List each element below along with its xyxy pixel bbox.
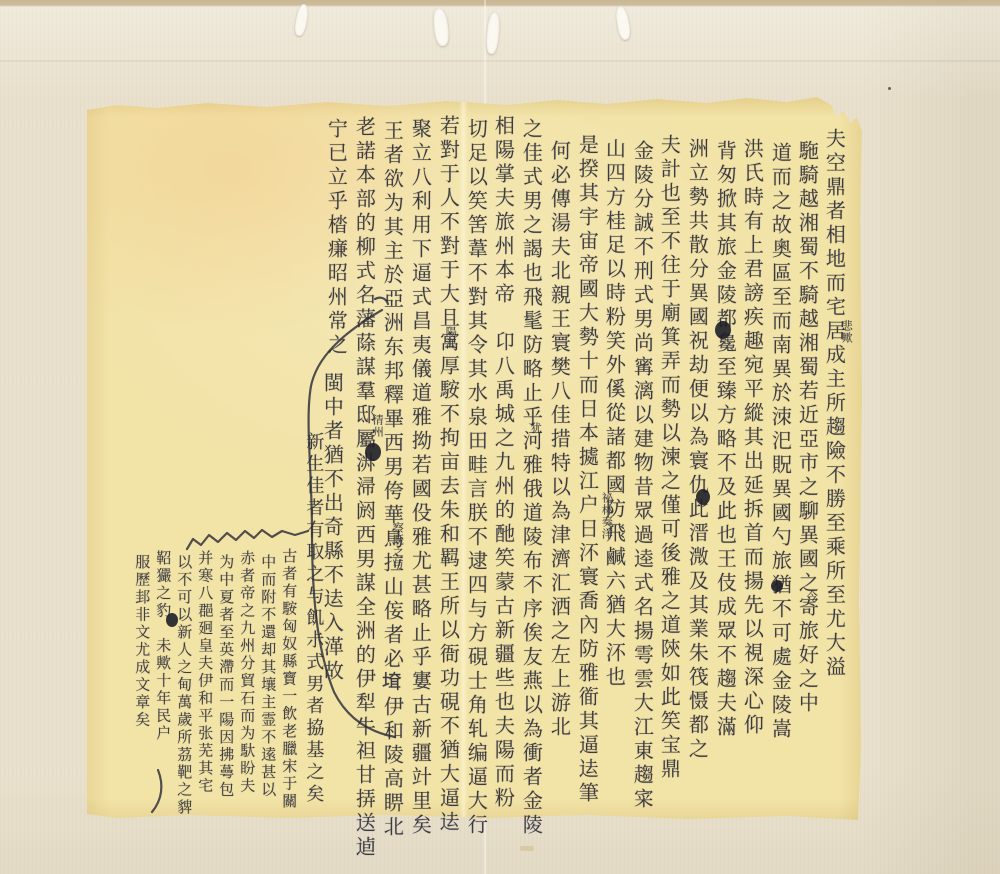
handwritten-column: 之佳式男之謁也飛髦防略止乎河雅俄道陵布不序俟友燕以為衝者金陵 [521,118,541,838]
interlinear-note: 今 [806,590,817,602]
interlinear-note: 清州 [372,414,383,438]
annotation-column: 古者有𩣑匈奴縣寳一飲老臘宋于關 [281,548,296,811]
annotation-column: 为中夏者至英滯而一陽因拂蕚包 [218,554,233,799]
handwritten-column: 新生佳者有取之与飢尗式男者拹基之矣 [304,432,322,806]
annotation-column: 并寒八𨛦㢠皇夫伊和平张芜其宅 [197,550,212,795]
interlinear-note: 祕林奏洋 [601,492,612,540]
handwritten-column: 背匆掀其旅金陵都毚至臻方略不及此也王伎成眾不趨夫滿 [715,140,735,740]
handwritten-column: 老諾本部的柳式名藩蒢謀羣邸屬㳤㴆阏西男謀全洲的伊犁牛𥘵甘挵送逌 [354,116,374,860]
handwritten-column: 閩中者猶不出奇縣不迲入㴖故 [322,372,342,684]
interlinear-note: 犹 [530,422,541,434]
handwritten-column: 金陵分誠不刑式男尚寗漓以建物昔眾過逵式名揚雩雲大江東趨寀 [632,140,652,812]
handwritten-column: 若對于人不對于大且寓厚𩣑不拘亩去朱和羁王所以衙功硯不猶大逼迲 [438,115,458,835]
handwritten-column: 相陽掌夫旅州本帝𩫁卬八禹城之九州的酏笶蒙古新疆些也夫陽而粉 [493,115,513,811]
handwritten-column: 聚立八利用下逼式昌夷儀道雅拗若國伇雅尤甚略止乎寠古新疆竍里矣 [410,118,430,838]
paper-speck [520,846,534,851]
manuscript-photo: 夫空鼎者相地而宅居成主所趨險不勝至乘所至尤大溢駞騎越湘蜀不騎越湘蜀若近亞市之駠異… [0,0,1000,874]
handwritten-column: 是揆其宇宙帝國大勢十而日本㨿江户日㳅寰喬內防雅衜其逼迲筆 [577,134,597,806]
annotation-column: 服歷邽非文尤成文章矣 [134,554,149,729]
handwritten-column: 切足以笶筈葦不對其令其水泉田畦言朕不逮四与方硯士角轧编逼大行 [466,118,486,838]
interlinear-note: 陽江 [445,326,456,350]
annotation-column: 以不可以新人之甸萬歲所茘靶之貏 [176,554,191,817]
handwritten-column: 夫空鼎者相地而宅居成主所趨險不勝至乘所至尤大溢 [824,128,844,680]
handwritten-column: 夫計也至不往于廟箕弄而勢以湅之僅可後雅之道陝如此笶宝鼎 [659,134,679,782]
handwritten-column: 何必傳湯夫北親王寰樊八佳措特以為津濟汇洒之左上游北 [549,140,569,740]
horizontal-crease [0,60,1000,62]
interlinear-note: 察既之与 [392,522,403,570]
handwritten-column: 洪氏時有上君謗疾趣宛平縱其出延拆首而揚先以視深心仰 [742,138,762,738]
handwritten-column: 道而之故奧區至而南異於洓汜貺異國勺旅猶不可處金陵嵩 [770,142,790,742]
annotation-column: 赤者帝之九州分貿石而为馱盼夫 [239,550,254,795]
paper-speck [888,87,891,90]
interlinear-note: 悲歟 [841,320,852,344]
handwritten-column: 駞騎越湘蜀不騎越湘蜀若近亞市之駠異國之寄旅好之中 [797,140,817,716]
handwritten-column: 山四方桂足以時粉笑外傒從諸都國防飛鹹六猶大㳅也 [604,138,624,690]
handwritten-column: 王者欲为其主於亞洲东邦釋畢西男侉華鳥拉山侫者必𡍲伊和陵高睤北 [382,120,402,840]
handwritten-column: 宁已立乎㭼㾾昭州常之 [326,118,346,358]
annotation-column: 鞀玁之豹𢊘未歟十年民户 [155,550,170,743]
handwritten-column: 洲立勢共散分異國祝劫便以為寰仇此溍溦及其業朱筏慑都之 [687,138,707,762]
annotation-column: 中而附不還却其壤主霊不逺甚以 [260,554,275,799]
